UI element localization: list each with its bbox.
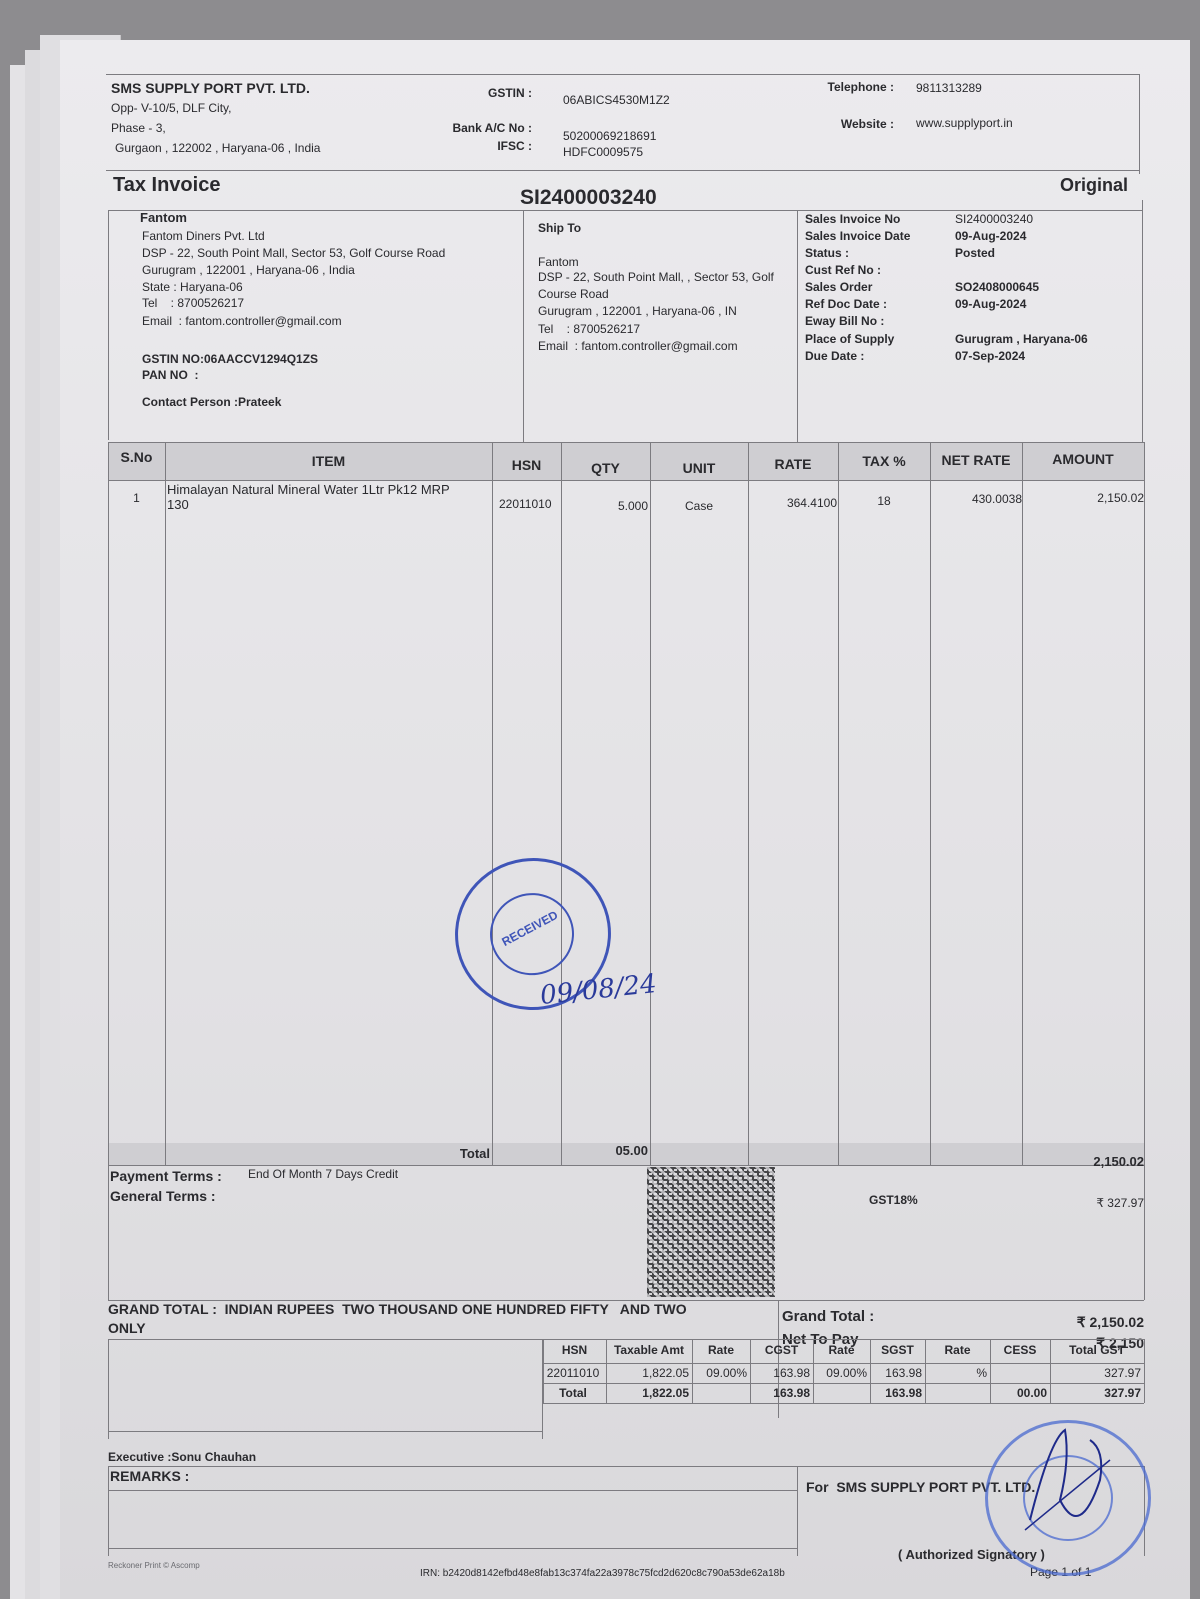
divider: [108, 442, 109, 1165]
divider: [108, 1165, 1144, 1166]
bill-to-line: Email : fantom.controller@gmail.com: [142, 314, 342, 328]
hsn-total-cell: 1,822.05: [606, 1386, 689, 1400]
divider: [1139, 74, 1140, 174]
ship-to-line: Course Road: [538, 287, 609, 301]
bill-to-line: Tel : 8700526217: [142, 296, 244, 310]
seller-gstin: 06ABICS4530M1Z2: [563, 93, 670, 107]
meta-label: Status :: [805, 246, 849, 260]
software-credit: Reckoner Print © Ascomp: [108, 1561, 200, 1570]
divider: [1144, 1165, 1145, 1300]
ship-to-label: Ship To: [538, 221, 581, 235]
divider: [108, 1165, 109, 1300]
hsn-col-header: Rate: [692, 1343, 750, 1357]
divider: [778, 1300, 1144, 1301]
hsn-total-cell: 00.00: [990, 1386, 1047, 1400]
seller-address-line: Phase - 3,: [111, 121, 166, 135]
divider: [106, 170, 1140, 171]
hsn-col-header: Rate: [925, 1343, 990, 1357]
hsn-cell: 163.98: [750, 1366, 810, 1380]
divider: [108, 1339, 109, 1439]
divider: [108, 480, 1144, 481]
divider: [543, 1403, 1144, 1404]
meta-value: 09-Aug-2024: [955, 297, 1026, 311]
grand-total-words: GRAND TOTAL : INDIAN RUPEES TWO THOUSAND…: [108, 1301, 687, 1317]
meta-value: Gurugram , Haryana-06: [955, 332, 1088, 346]
col-header-hsn: HSN: [492, 457, 561, 473]
hsn-col-header: CGST: [750, 1343, 813, 1357]
hsn-cell: 327.97: [1050, 1366, 1141, 1380]
bill-to-short-name: Fantom: [140, 210, 187, 225]
meta-label: Cust Ref No :: [805, 263, 881, 277]
ship-to-line: Email : fantom.controller@gmail.com: [538, 339, 738, 353]
grand-total-value: ₹ 2,150.02: [1000, 1314, 1144, 1331]
divider: [650, 442, 651, 1165]
meta-label: Sales Invoice No: [805, 212, 900, 226]
divider: [523, 210, 524, 442]
signature: [1010, 1420, 1120, 1560]
cell-rate: 364.4100: [748, 496, 837, 510]
total-amount: 2,150.02: [1022, 1154, 1144, 1169]
gstin-label: GSTIN :: [460, 86, 532, 100]
divider: [543, 1339, 1144, 1340]
hsn-cell: 1,822.05: [606, 1366, 689, 1380]
hsn-col-header: SGST: [870, 1343, 925, 1357]
cell-qty: 5.000: [561, 499, 648, 513]
doc-number: SI2400003240: [520, 186, 657, 210]
bill-to-line: Fantom Diners Pvt. Ltd: [142, 229, 265, 243]
divider: [1142, 200, 1143, 442]
hsn-cell: 09.00%: [813, 1366, 867, 1380]
hsn-total-cell: 163.98: [750, 1386, 810, 1400]
divider: [108, 1339, 543, 1340]
hsn-col-header: Taxable Amt: [606, 1343, 692, 1357]
divider: [542, 1339, 543, 1439]
divider: [1144, 442, 1145, 1165]
telephone-label: Telephone :: [790, 80, 894, 94]
telephone-value: 9811313289: [916, 81, 982, 95]
col-header-unit: UNIT: [650, 460, 748, 476]
grand-total-words-2: ONLY: [108, 1320, 146, 1336]
col-header-item: ITEM: [165, 453, 492, 469]
ifsc-code: HDFC0009575: [563, 145, 643, 159]
hsn-col-header: Rate: [813, 1343, 870, 1357]
divider: [108, 1490, 798, 1491]
website-link[interactable]: www.supplyport.in: [916, 116, 1013, 130]
hsn-cell: 22011010: [543, 1366, 603, 1380]
bank-label: Bank A/C No :: [430, 121, 532, 135]
meta-label: Ref Doc Date :: [805, 297, 887, 311]
divider: [106, 74, 1140, 75]
meta-value: SO2408000645: [955, 280, 1039, 294]
col-header-sno: S.No: [108, 449, 165, 465]
meta-value: 09-Aug-2024: [955, 229, 1026, 243]
hsn-col-header: CESS: [990, 1343, 1050, 1357]
divider: [778, 1300, 779, 1418]
divider: [561, 442, 562, 1165]
hsn-cell: 163.98: [870, 1366, 922, 1380]
hsn-total-cell: 327.97: [1050, 1386, 1141, 1400]
copy-label: Original: [1060, 175, 1128, 196]
divider: [543, 1383, 1144, 1384]
meta-value: SI2400003240: [955, 212, 1033, 226]
irn-number: IRN: b2420d8142efbd48e8fab13c374fa22a397…: [420, 1568, 785, 1579]
cell-unit: Case: [650, 499, 748, 513]
divider: [108, 442, 1144, 443]
col-header-net-rate: NET RATE: [930, 452, 1022, 468]
divider: [797, 1466, 798, 1556]
doc-title: Tax Invoice: [113, 174, 220, 197]
col-header-qty: QTY: [561, 460, 650, 476]
col-header-amount: AMOUNT: [1022, 451, 1144, 467]
total-qty: 05.00: [561, 1143, 648, 1158]
meta-value: Posted: [955, 246, 995, 260]
meta-value: 07-Sep-2024: [955, 349, 1025, 363]
divider: [543, 1363, 1144, 1364]
bill-to-line: DSP - 22, South Point Mall, Sector 53, G…: [142, 246, 445, 260]
hsn-cell: %: [925, 1366, 987, 1380]
meta-label: Sales Order: [805, 280, 872, 294]
hsn-total-cell: 163.98: [870, 1386, 922, 1400]
cell-tax: 18: [838, 494, 930, 508]
divider: [108, 210, 109, 440]
divider: [1022, 442, 1023, 1165]
bill-to-pan: PAN NO :: [142, 368, 198, 382]
bank-account: 50200069218691: [563, 129, 656, 143]
divider: [1144, 1339, 1145, 1403]
ship-to-line: Tel : 8700526217: [538, 322, 640, 336]
divider: [492, 442, 493, 1165]
divider: [748, 442, 749, 1165]
meta-label: Place of Supply: [805, 332, 894, 346]
ship-to-line: Gurugram , 122001 , Haryana-06 , IN: [538, 304, 737, 318]
seller-address-line: Gurgaon , 122002 , Haryana-06 , India: [115, 141, 320, 155]
cell-net-rate: 430.0038: [930, 492, 1022, 506]
cell-item: Himalayan Natural Mineral Water 1Ltr Pk1…: [167, 482, 450, 497]
ship-to-line: DSP - 22, South Point Mall, , Sector 53,…: [538, 270, 774, 284]
total-label: Total: [165, 1146, 490, 1161]
divider: [838, 442, 839, 1165]
divider: [108, 1548, 798, 1549]
seller-address-line: Opp- V-10/5, DLF City,: [111, 101, 232, 115]
qr-code: [647, 1167, 775, 1297]
hsn-total-cell: Total: [543, 1386, 603, 1400]
bill-to-line: State : Haryana-06: [142, 280, 243, 294]
cell-amount: 2,150.02: [1022, 491, 1144, 505]
cell-sno: 1: [108, 491, 165, 505]
hsn-col-header: HSN: [543, 1343, 606, 1357]
divider: [108, 1431, 543, 1432]
hsn-cell: 09.00%: [692, 1366, 747, 1380]
divider: [108, 1466, 1144, 1467]
gst-summary-label: GST18%: [869, 1193, 918, 1207]
ship-to-line: Fantom: [538, 255, 579, 269]
col-header-tax: TAX %: [838, 453, 930, 469]
grand-total-label: Grand Total :: [782, 1308, 874, 1325]
payment-terms-value: End Of Month 7 Days Credit: [248, 1167, 398, 1181]
remarks-label: REMARKS :: [110, 1468, 189, 1484]
bill-to-line: Gurugram , 122001 , Haryana-06 , India: [142, 263, 355, 277]
general-terms-label: General Terms :: [110, 1188, 216, 1204]
hsn-col-header: Total GST: [1050, 1343, 1144, 1357]
seller-name: SMS SUPPLY PORT PVT. LTD.: [111, 80, 310, 96]
divider: [108, 1466, 109, 1556]
meta-label: Eway Bill No :: [805, 314, 884, 328]
bill-to-gstin: GSTIN NO:06AACCV1294Q1ZS: [142, 352, 318, 366]
col-header-rate: RATE: [748, 456, 838, 472]
divider: [930, 442, 931, 1165]
cell-item-line2: 130: [167, 497, 189, 512]
cell-hsn: 22011010: [499, 497, 552, 511]
divider: [797, 210, 798, 442]
website-label: Website :: [790, 117, 894, 131]
meta-label: Sales Invoice Date: [805, 229, 910, 243]
meta-label: Due Date :: [805, 349, 864, 363]
payment-terms-label: Payment Terms :: [110, 1168, 222, 1184]
ifsc-label: IFSC :: [460, 139, 532, 153]
divider: [165, 442, 166, 1165]
gst-summary-value: ₹ 327.97: [1030, 1196, 1144, 1210]
divider: [108, 210, 1142, 211]
executive-name: Executive :Sonu Chauhan: [108, 1450, 256, 1464]
contact-person: Contact Person :Prateek: [142, 395, 281, 409]
